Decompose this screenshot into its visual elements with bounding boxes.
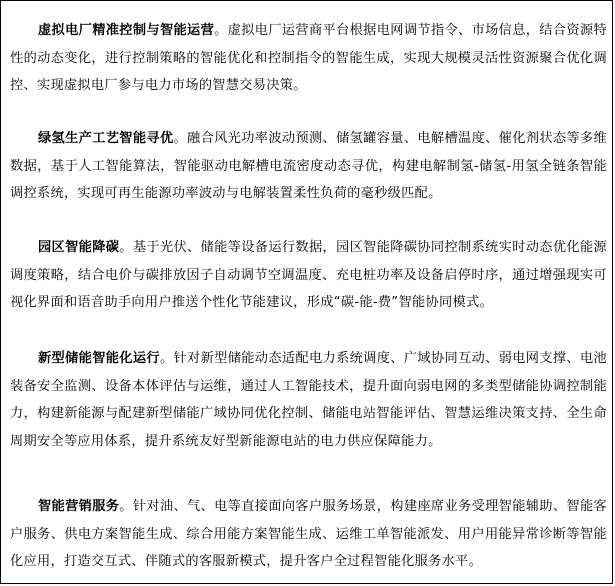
paragraph-heading: 智能营销服务 <box>38 499 119 514</box>
paragraph-heading: 绿氢生产工艺智能寻优 <box>38 131 174 146</box>
paragraph-smart-marketing: 智能营销服务。针对油、气、电等直接面向客户服务场景，构建座席业务受理智能辅助、智… <box>10 493 607 576</box>
paragraph-heading: 园区智能降碳 <box>38 240 119 255</box>
paragraph-green-hydrogen: 绿氢生产工艺智能寻优。融合风光功率波动预测、储氢罐容量、电解槽温度、催化剂状态等… <box>10 125 607 208</box>
paragraph-heading: 新型储能智能化运行 <box>38 351 160 366</box>
document-frame: 虚拟电厂精准控制与智能运营。虚拟电厂运营商平台根据电网调节指令、市场信息，结合资… <box>0 0 613 584</box>
paragraph-virtual-power-plant: 虚拟电厂精准控制与智能运营。虚拟电厂运营商平台根据电网调节指令、市场信息，结合资… <box>10 17 607 100</box>
paragraph-energy-storage: 新型储能智能化运行。针对新型储能动态适配电力系统调度、广域协同互动、弱电网支撑、… <box>10 345 607 455</box>
paragraph-park-carbon-reduction: 园区智能降碳。基于光伏、储能等设备运行数据，园区智能降碳协同控制系统实时动态优化… <box>10 234 607 317</box>
paragraph-heading: 虚拟电厂精准控制与智能运营 <box>38 23 214 38</box>
